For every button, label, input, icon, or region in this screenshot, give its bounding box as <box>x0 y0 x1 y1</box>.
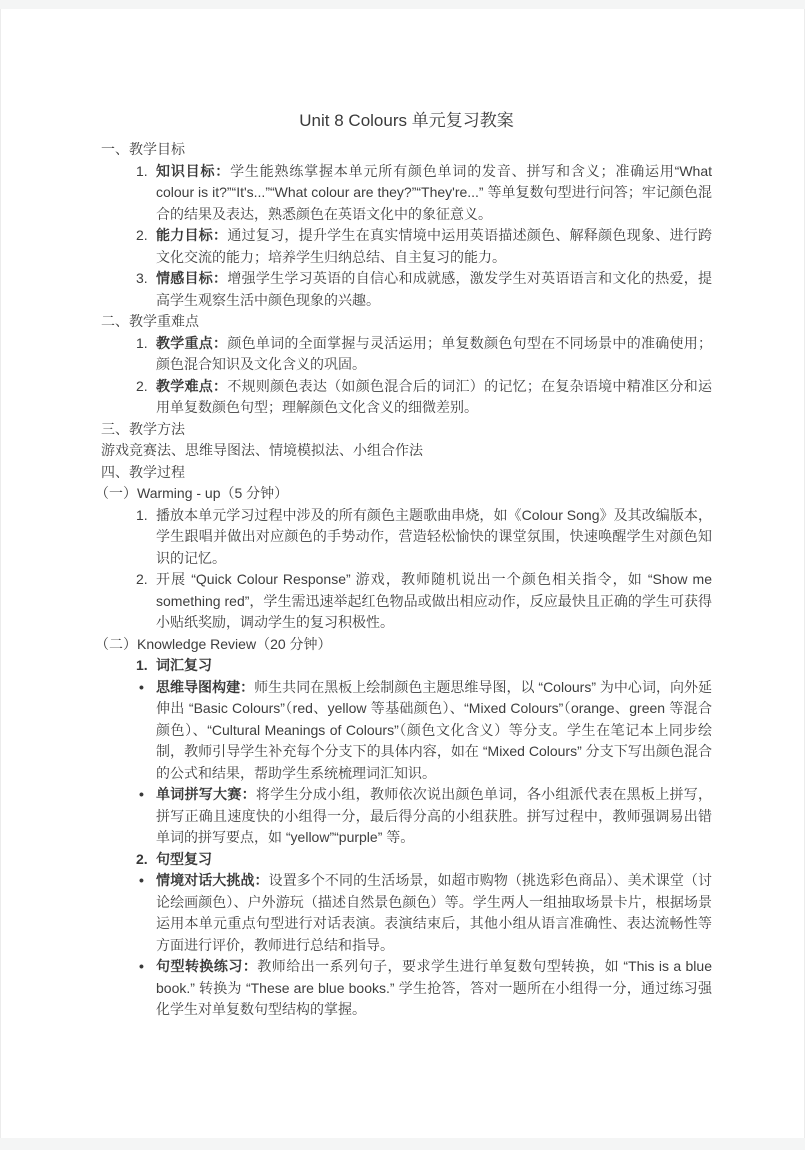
item-number: 2. <box>136 225 148 247</box>
methods-body: 游戏竞赛法、思维导图法、情境模拟法、小组合作法 <box>101 440 712 462</box>
item-title: 词汇复习 <box>156 657 212 673</box>
item-label: 情感目标： <box>156 270 227 286</box>
item-number: 2. <box>136 849 148 871</box>
keypoint-item-1: 1.教学重点：颜色单词的全面掌握与灵活运用；单复数颜色句型在不同场景中的准确使用… <box>101 333 712 376</box>
document-content: Unit 8 Colours 单元复习教案 一、教学目标 1.知识目标：学生能熟… <box>1 9 804 1021</box>
section-heading-key-points: 二、教学重难点 <box>101 311 712 333</box>
item-text: 开展 “Quick Colour Response” 游戏，教师随机说出一个颜色… <box>156 571 712 630</box>
warmup-item-1: 1.播放本单元学习过程中涉及的所有颜色主题歌曲串烧，如《Colour Song》… <box>101 505 712 570</box>
item-label: 能力目标： <box>156 227 227 243</box>
item-text: 不规则颜色表达（如颜色混合后的词汇）的记忆；在复杂语境中精准区分和运用单复数颜色… <box>156 378 712 416</box>
subsection-knowledge-review: （二）Knowledge Review（20 分钟） <box>95 634 712 656</box>
objective-item-1: 1.知识目标：学生能熟练掌握本单元所有颜色单词的发音、拼写和含义；准确运用“Wh… <box>101 161 712 226</box>
item-label: 教学重点： <box>156 335 227 351</box>
keypoint-item-2: 2.教学难点：不规则颜色表达（如颜色混合后的词汇）的记忆；在复杂语境中精准区分和… <box>101 376 712 419</box>
section-heading-methods: 三、教学方法 <box>101 419 712 441</box>
item-text: 播放本单元学习过程中涉及的所有颜色主题歌曲串烧，如《Colour Song》及其… <box>156 507 712 566</box>
item-number: 1. <box>136 655 148 677</box>
item-label: 句型转换练习： <box>156 958 257 974</box>
subsection-warming-up: （一）Warming - up（5 分钟） <box>95 483 712 505</box>
objective-item-2: 2.能力目标：通过复习，提升学生在真实情境中运用英语描述颜色、解释颜色现象、进行… <box>101 225 712 268</box>
item-label: 知识目标： <box>156 163 230 179</box>
item-number: 1. <box>136 161 148 183</box>
bullet-icon: • <box>139 870 144 892</box>
item-label: 思维导图构建： <box>156 679 254 695</box>
sentence-bullet-dialogue: •情境对话大挑战：设置多个不同的生活场景，如超市购物（挑选彩色商品）、美术课堂（… <box>101 870 712 956</box>
item-number: 2. <box>136 569 148 591</box>
vocab-bullet-spelling: •单词拼写大赛：将学生分成小组，教师依次说出颜色单词，各小组派代表在黑板上拼写，… <box>101 784 712 849</box>
section-heading-process: 四、教学过程 <box>101 462 712 484</box>
bullet-icon: • <box>139 956 144 978</box>
item-label: 教学难点： <box>156 378 227 394</box>
objective-item-3: 3.情感目标：增强学生学习英语的自信心和成就感，激发学生对英语语言和文化的热爱，… <box>101 268 712 311</box>
bullet-icon: • <box>139 784 144 806</box>
item-number: 1. <box>136 505 148 527</box>
item-number: 1. <box>136 333 148 355</box>
item-text: 学生能熟练掌握本单元所有颜色单词的发音、拼写和含义；准确运用“What colo… <box>156 163 712 222</box>
document-page: Unit 8 Colours 单元复习教案 一、教学目标 1.知识目标：学生能熟… <box>0 9 805 1138</box>
item-number: 2. <box>136 376 148 398</box>
vocab-review-heading: 1.词汇复习 <box>101 655 712 677</box>
item-title: 句型复习 <box>156 851 212 867</box>
item-text: 增强学生学习英语的自信心和成就感，激发学生对英语语言和文化的热爱，提高学生观察生… <box>156 270 712 308</box>
bullet-icon: • <box>139 677 144 699</box>
item-label: 情境对话大挑战： <box>156 872 269 888</box>
doc-title: Unit 8 Colours 单元复习教案 <box>101 108 712 133</box>
item-label: 单词拼写大赛： <box>156 786 256 802</box>
item-number: 3. <box>136 268 148 290</box>
vocab-bullet-mindmap: •思维导图构建：师生共同在黑板上绘制颜色主题思维导图，以 “Colours” 为… <box>101 677 712 785</box>
sentence-review-heading: 2.句型复习 <box>101 849 712 871</box>
sentence-bullet-transform: •句型转换练习：教师给出一系列句子，要求学生进行单复数句型转换，如 “This … <box>101 956 712 1021</box>
section-heading-objectives: 一、教学目标 <box>101 139 712 161</box>
item-text: 通过复习，提升学生在真实情境中运用英语描述颜色、解释颜色现象、进行跨文化交流的能… <box>156 227 712 265</box>
warmup-item-2: 2.开展 “Quick Colour Response” 游戏，教师随机说出一个… <box>101 569 712 634</box>
item-text: 颜色单词的全面掌握与灵活运用；单复数颜色句型在不同场景中的准确使用；颜色混合知识… <box>156 335 712 373</box>
